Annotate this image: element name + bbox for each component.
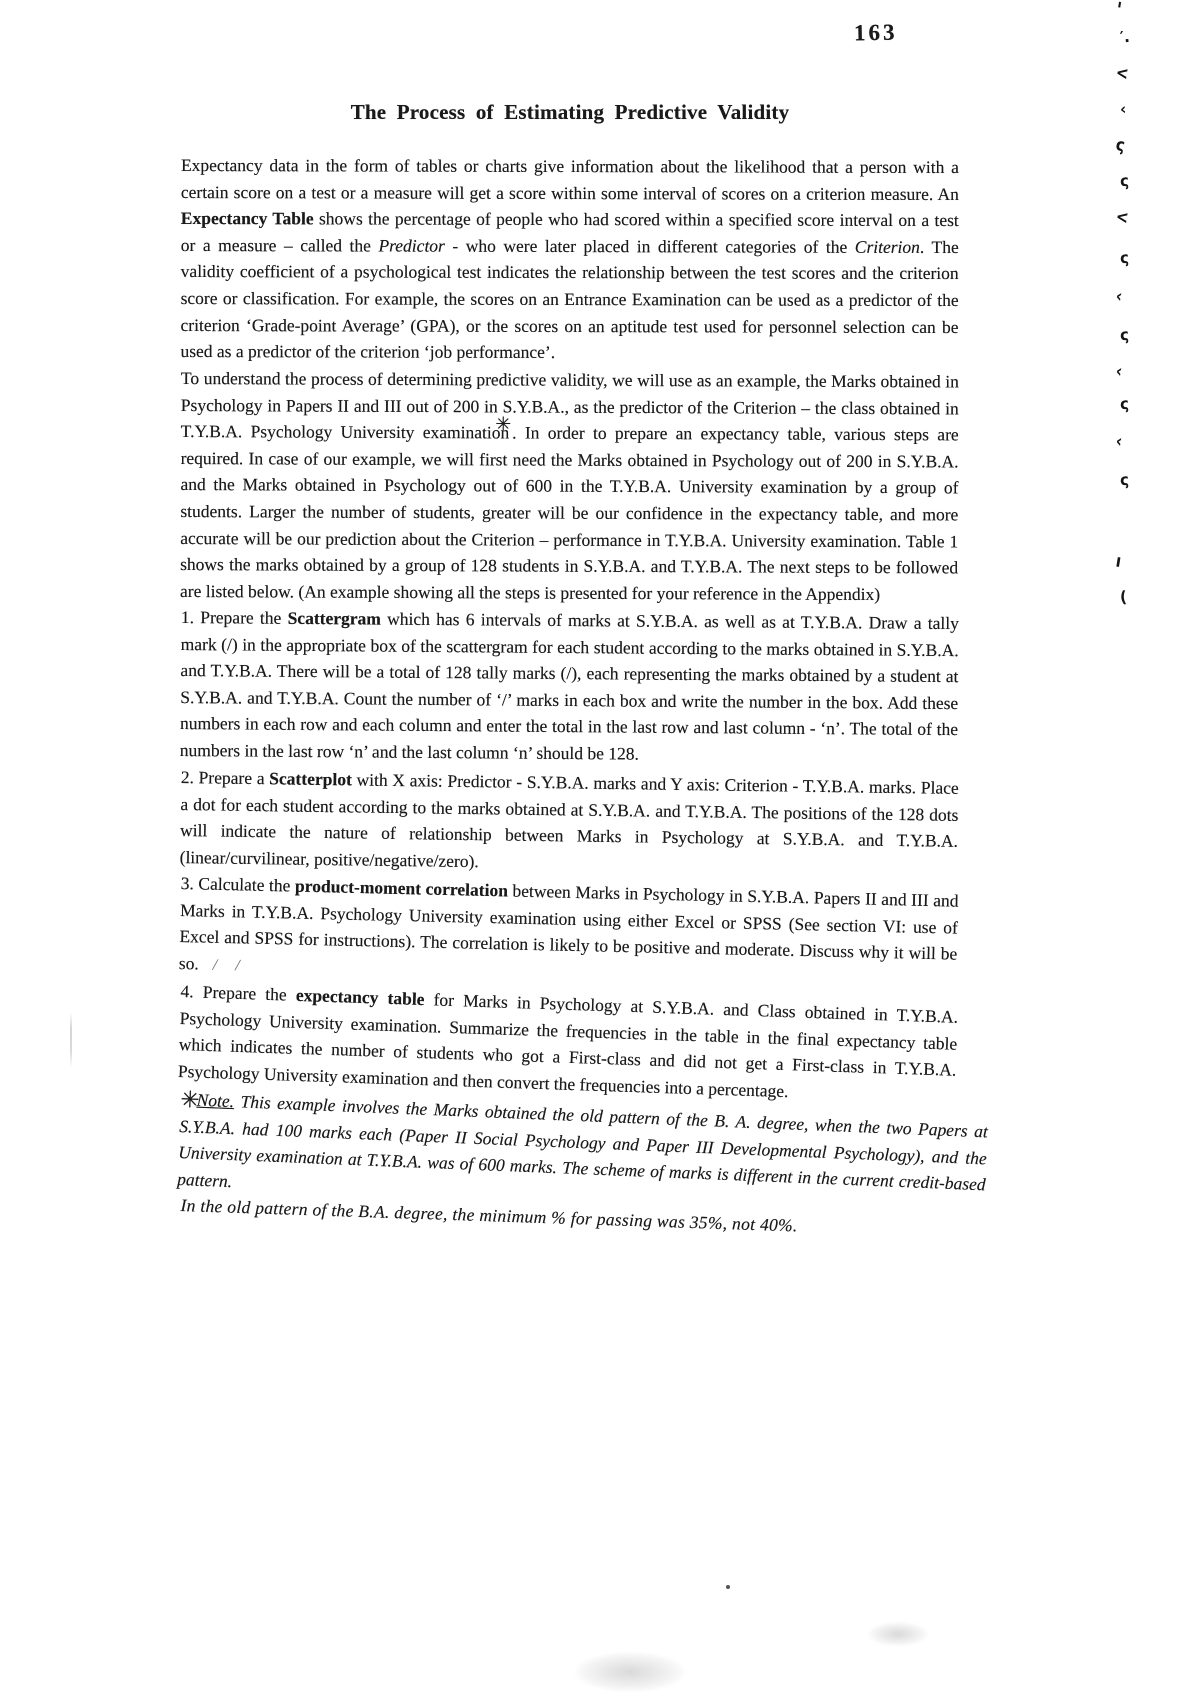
text-run: 4. Prepare the <box>180 981 296 1005</box>
pen-tick-mark: ' <box>1114 0 1123 23</box>
scan-smudge <box>575 1652 685 1692</box>
document-body: Expectancy data in the form of tables or… <box>181 152 959 1219</box>
pen-tick-mark: ς <box>1119 171 1129 190</box>
pen-tick-mark: ς <box>1114 134 1126 156</box>
intro-paragraph: Expectancy data in the form of tables or… <box>180 152 959 367</box>
text-run: 2. Prepare a <box>181 767 270 788</box>
pen-tick-mark: ‹ <box>1114 360 1123 381</box>
pen-tick-mark: ( <box>1119 587 1127 606</box>
text-run: Predictor <box>378 235 444 255</box>
text-run: product-moment correlation <box>295 876 508 901</box>
text-run: Expectancy Table <box>181 208 314 228</box>
ink-dot <box>726 1585 730 1589</box>
pen-margin-marks: '′.<‹ςς<ς‹ς‹ς‹ςı( <box>1104 0 1164 640</box>
text-run: for Marks in Psychology at S.Y.B.A. and … <box>178 989 959 1101</box>
step-2-scatterplot: 2. Prepare a Scatterplot with X axis: Pr… <box>180 764 959 881</box>
pen-tick-mark: ‹ <box>1114 430 1123 451</box>
text-run: which has 6 intervals of marks at S.Y.B.… <box>180 609 959 764</box>
text-run: expectancy table <box>296 985 425 1009</box>
pen-tick-mark: ‹ <box>1114 285 1123 306</box>
pen-tick-mark: ς <box>1119 470 1129 489</box>
text-run: Scattergram <box>288 608 381 629</box>
pen-tick-mark: ı <box>1114 550 1122 571</box>
page-number: 163 <box>854 20 898 47</box>
pen-tick-mark: ς <box>1119 394 1129 413</box>
pen-tick-mark: ‹ <box>1119 99 1126 118</box>
text-run: . In order to prepare an expectancy tabl… <box>180 422 959 603</box>
text-run: - who were later placed in different cat… <box>445 235 855 256</box>
text-run: Note. <box>196 1089 234 1110</box>
text-run: 1. Prepare the <box>181 607 288 628</box>
step-3-correlation: 3. Calculate the product-moment correlat… <box>179 870 959 996</box>
footnote-star-mark: ✳ <box>495 413 511 435</box>
page-title: The Process of Estimating Predictive Val… <box>181 100 959 125</box>
text-run: Scatterplot <box>269 768 352 789</box>
pen-slash-marks: / / <box>199 956 247 974</box>
pen-tick-mark: ς <box>1119 248 1129 267</box>
pen-tick-mark: < <box>1114 62 1130 84</box>
pen-tick-mark: < <box>1114 206 1130 228</box>
text-run: Expectancy data in the form of tables or… <box>181 155 959 204</box>
text-run: 3. Calculate the <box>180 873 295 896</box>
example-paragraph: To understand the process of determining… <box>180 365 959 608</box>
pen-tick-mark: ′. <box>1119 27 1130 47</box>
footnote-star-mark: ✳ <box>180 1087 200 1114</box>
scanned-document-page: 163 The Process of Estimating Predictive… <box>0 0 1200 1698</box>
pen-tick-mark: ς <box>1119 325 1129 344</box>
text-run: Criterion <box>855 237 920 257</box>
scan-smudge <box>868 1622 928 1646</box>
step-1-scattergram: 1. Prepare the Scattergram which has 6 i… <box>180 604 959 770</box>
scan-artifact-line <box>70 1012 72 1068</box>
